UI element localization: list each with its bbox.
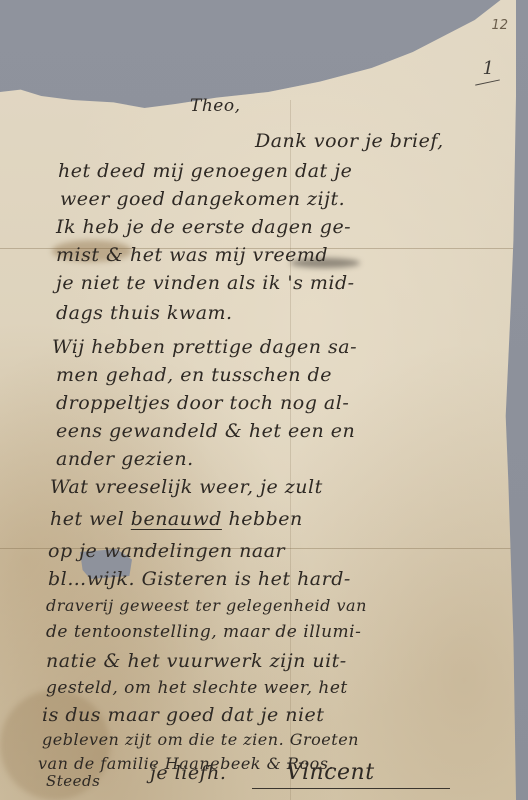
- letter-line: droppeltjes door toch nog al-: [56, 392, 349, 414]
- letter-line: is dus maar goed dat je niet: [42, 704, 324, 726]
- letter-line: ander gezien.: [56, 448, 194, 470]
- letter-line: het wel benauwd hebben: [50, 508, 303, 530]
- letter-line: gesteld, om het slechte weer, het: [46, 678, 348, 698]
- letter-line: de tentoonstelling, maar de illumi-: [46, 622, 361, 642]
- letter-line: Steeds: [46, 772, 100, 790]
- letter-line-text: het wel: [50, 508, 131, 530]
- letter-line: het deed mij genoegen dat je: [58, 160, 352, 182]
- letter-line: je niet te vinden als ik 's mid-: [56, 272, 355, 294]
- letter-line: Wij hebben prettige dagen sa-: [52, 336, 357, 358]
- letter-line-text: hebben: [222, 508, 303, 530]
- letter-line: weer goed dangekomen zijt.: [60, 188, 345, 210]
- letter-line: gebleven zijt om die te zien. Groeten: [42, 730, 359, 749]
- letter-line: men gehad, en tusschen de: [56, 364, 332, 386]
- letter-line: Ik heb je de eerste dagen ge-: [56, 216, 351, 238]
- page-number-mark: 12: [491, 18, 508, 33]
- letter-line: Wat vreeselijk weer, je zult: [50, 476, 323, 498]
- folio-mark: 1: [483, 58, 494, 79]
- salutation: Theo,: [190, 96, 241, 116]
- signature: Vincent: [286, 760, 375, 785]
- underlined-word: benauwd: [131, 508, 222, 530]
- letter-line: bl…wijk. Gisteren is het hard-: [48, 568, 351, 590]
- signature-underline: [252, 788, 450, 789]
- letter-line: dags thuis kwam.: [56, 302, 233, 324]
- letter-line: mist & het was mij vreemd: [56, 244, 328, 266]
- letter-line: natie & het vuurwerk zijn uit-: [46, 650, 347, 672]
- closing: je liefh.: [150, 762, 226, 784]
- letter-line: op je wandelingen naar: [48, 540, 285, 562]
- letter-line: eens gewandeld & het een en: [56, 420, 355, 442]
- letter-line: Dank voor je brief,: [255, 130, 444, 152]
- letter-line: draverij geweest ter gelegenheid van: [46, 596, 367, 615]
